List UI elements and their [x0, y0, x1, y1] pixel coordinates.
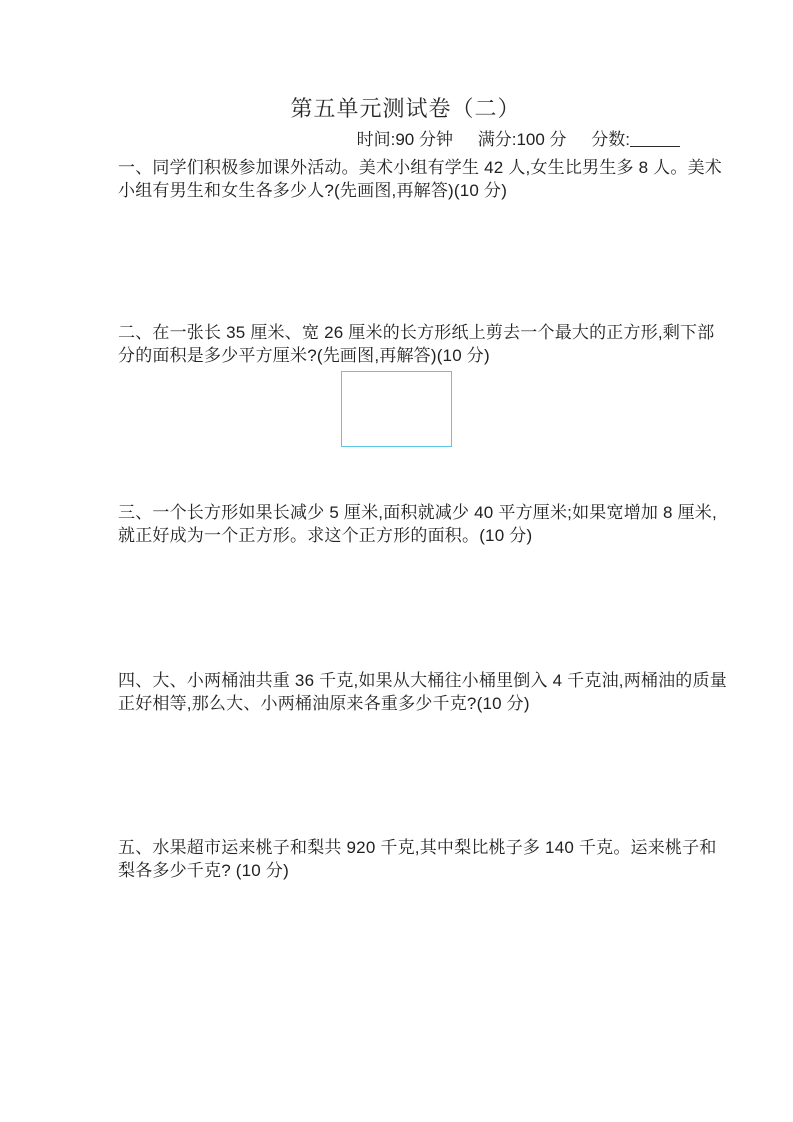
score-label: 分数:: [591, 130, 630, 149]
question-1-line-1: 一、同学们积极参加课外活动。美术小组有学生 42 人,女生比男生多 8 人。美术: [118, 157, 698, 180]
exam-score-field: 分数:: [591, 129, 680, 151]
test-paper-page: 第五单元测试卷（二） 时间:90 分钟 满分:100 分 分数: 一、同学们积极…: [0, 0, 793, 1122]
question-2: 二、在一张长 35 厘米、宽 26 厘米的长方形纸上剪去一个最大的正方形,剩下部…: [118, 322, 698, 367]
question-3-line-2: 就正好成为一个正方形。求这个正方形的面积。(10 分): [118, 525, 698, 548]
drawing-box: [341, 371, 452, 447]
exam-time-label: 时间:90 分钟: [357, 129, 453, 151]
question-1: 一、同学们积极参加课外活动。美术小组有学生 42 人,女生比男生多 8 人。美术…: [118, 157, 698, 202]
page-title: 第五单元测试卷（二）: [118, 96, 693, 122]
question-5-line-2: 梨各多少千克? (10 分): [118, 860, 698, 883]
question-2-line-2: 分的面积是多少平方厘米?(先画图,再解答)(10 分): [118, 345, 698, 368]
question-4-line-2: 正好相等,那么大、小两桶油原来各重多少千克?(10 分): [118, 693, 698, 716]
score-blank-line: [630, 145, 680, 147]
question-5: 五、水果超市运来桃子和梨共 920 千克,其中梨比桃子多 140 千克。运来桃子…: [118, 837, 698, 882]
question-1-line-2: 小组有男生和女生各多少人?(先画图,再解答)(10 分): [118, 180, 698, 203]
question-4: 四、大、小两桶油共重 36 千克,如果从大桶往小桶里倒入 4 千克油,两桶油的质…: [118, 670, 698, 715]
question-3-line-1: 三、一个长方形如果长减少 5 厘米,面积就减少 40 平方厘米;如果宽增加 8 …: [118, 502, 698, 525]
question-3: 三、一个长方形如果长减少 5 厘米,面积就减少 40 平方厘米;如果宽增加 8 …: [118, 502, 698, 547]
question-5-line-1: 五、水果超市运来桃子和梨共 920 千克,其中梨比桃子多 140 千克。运来桃子…: [118, 837, 698, 860]
question-2-line-1: 二、在一张长 35 厘米、宽 26 厘米的长方形纸上剪去一个最大的正方形,剩下部: [118, 322, 698, 345]
exam-meta-line: 时间:90 分钟 满分:100 分 分数:: [118, 129, 693, 151]
question-4-line-1: 四、大、小两桶油共重 36 千克,如果从大桶往小桶里倒入 4 千克油,两桶油的质…: [118, 670, 698, 693]
exam-full-score-label: 满分:100 分: [478, 129, 567, 151]
